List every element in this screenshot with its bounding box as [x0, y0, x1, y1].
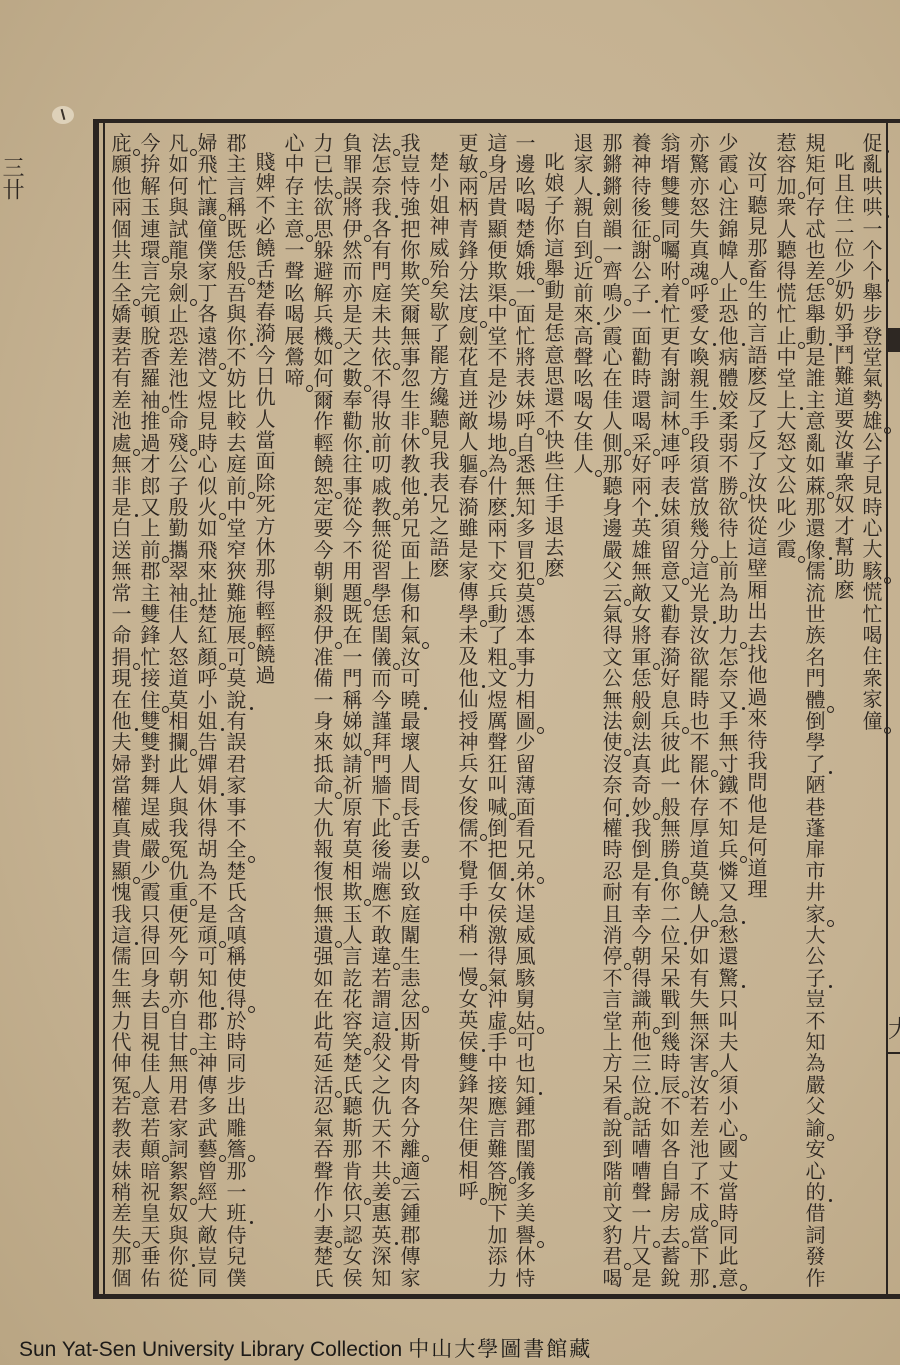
glyph: 主: [803, 390, 829, 411]
glyph: 鏘: [600, 154, 626, 175]
glyph: 恃: [513, 1268, 539, 1289]
glyph: 注: [716, 197, 742, 218]
glyph: 勸: [658, 604, 684, 625]
glyph: 見: [427, 430, 453, 451]
glyph: 也: [513, 1053, 539, 1074]
glyph: 叱: [774, 497, 800, 518]
glyph: 是: [745, 815, 771, 836]
glyph: 文: [485, 668, 511, 689]
glyph: 恚: [398, 968, 424, 989]
glyph: 春: [456, 475, 482, 496]
text-column-1: 促、亂哄哄、一个个、舉步登堂氣勢雄。公子見時心大駭。慌忙喝住衆家僮。: [858, 133, 887, 732]
glyph: 方: [253, 516, 279, 537]
glyph: 從: [369, 540, 395, 561]
glyph: 致: [398, 882, 424, 903]
glyph: 駭: [513, 968, 539, 989]
glyph: 忙: [774, 304, 800, 325]
glyph: 各: [658, 1139, 684, 1160]
glyph: 負: [340, 133, 366, 154]
glyph: 在: [600, 368, 626, 389]
glyph: 兵。: [716, 839, 742, 860]
glyph: 得: [629, 968, 655, 989]
glyph: 嚴: [600, 540, 626, 561]
glyph: 姒。: [340, 732, 366, 753]
glyph: 牆: [369, 775, 395, 796]
glyph: 較: [224, 411, 250, 432]
glyph: 留: [513, 754, 539, 775]
glyph: 是: [803, 347, 829, 368]
glyph: 忙: [860, 604, 886, 625]
glyph: 佳: [600, 390, 626, 411]
glyph: 恐: [166, 326, 192, 347]
glyph: 在: [109, 690, 135, 711]
punct-dot: 、: [597, 193, 600, 196]
glyph: 促、: [860, 133, 886, 154]
glyph: 魂。: [687, 261, 713, 282]
glyph: 去: [224, 433, 250, 454]
glyph: 為: [485, 454, 511, 475]
glyph: 時: [195, 433, 221, 454]
glyph: 何: [166, 176, 192, 197]
glyph: 見: [195, 411, 221, 432]
glyph: 違。: [369, 946, 395, 967]
glyph: 虛。: [485, 1011, 511, 1032]
glyph: 暗: [138, 1161, 164, 1182]
glyph: 汝: [745, 473, 771, 494]
glyph: 上: [398, 561, 424, 582]
glyph: 婢: [253, 173, 279, 194]
glyph: 日: [253, 366, 279, 387]
glyph: 妻。: [311, 1225, 337, 1246]
glyph: 人: [340, 925, 366, 946]
glyph: 體。: [803, 690, 829, 711]
glyph: 子、: [803, 968, 829, 989]
text-column-5: 汝可聽見那畜生的言語麽反了反了汝快從這壁厢出去找他過來待我問他是何道理: [743, 152, 772, 901]
glyph: 邊: [513, 154, 539, 175]
glyph: 無: [600, 690, 626, 711]
glyph: 飛: [195, 154, 221, 175]
glyph: 是、: [629, 861, 655, 882]
glyph: 氏: [224, 882, 250, 903]
glyph: 少: [600, 304, 626, 325]
glyph: 完: [138, 283, 164, 304]
glyph: 父: [803, 1096, 829, 1117]
glyph: 共: [369, 326, 395, 347]
glyph: 待: [629, 176, 655, 197]
punct-dot: 、: [626, 814, 629, 817]
glyph: 犯。: [513, 561, 539, 582]
glyph: 欺: [485, 261, 511, 282]
glyph: 答。: [485, 1161, 511, 1182]
glyph: 宥: [340, 818, 366, 839]
glyph: 二: [832, 216, 858, 237]
glyph: 家。: [803, 904, 829, 925]
glyph: 助: [716, 604, 742, 625]
glyph: 捐。: [109, 647, 135, 668]
glyph: 一: [513, 133, 539, 154]
glyph: 麽: [542, 558, 568, 579]
glyph: 冤。: [109, 1075, 135, 1096]
glyph: 粗。: [485, 647, 511, 668]
glyph: 豈: [803, 989, 829, 1010]
glyph: 絮。: [166, 1182, 192, 1203]
glyph: 場: [485, 411, 511, 432]
glyph: 休: [398, 433, 424, 454]
glyph: 煜: [485, 690, 511, 711]
glyph: 兩: [485, 518, 511, 539]
glyph: 儒: [803, 561, 829, 582]
glyph: 處。: [109, 433, 135, 454]
glyph: 相: [513, 690, 539, 711]
glyph: 恕。: [311, 476, 337, 497]
glyph: 表: [658, 476, 684, 497]
glyph: 本: [513, 625, 539, 646]
glyph: 他: [109, 176, 135, 197]
glyph: 必: [253, 216, 279, 237]
glyph: 韻: [600, 219, 626, 240]
glyph: 袖。: [166, 583, 192, 604]
glyph: 霞: [138, 882, 164, 903]
glyph: 仇: [166, 861, 192, 882]
glyph: 公: [774, 475, 800, 496]
glyph: 從: [166, 1268, 192, 1289]
glyph: 子、: [629, 283, 655, 304]
glyph: 汝: [687, 1075, 713, 1096]
glyph: 快: [745, 494, 771, 515]
glyph: 作: [311, 1182, 337, 1203]
glyph: 倒: [803, 711, 829, 732]
glyph: 不: [369, 1139, 395, 1160]
glyph: 復: [311, 861, 337, 882]
glyph: 忍: [600, 861, 626, 882]
glyph: 僕: [224, 1268, 250, 1289]
glyph: 你、: [166, 1246, 192, 1267]
glyph: 今: [340, 518, 366, 539]
glyph: 學。: [456, 604, 482, 625]
glyph: 多: [195, 1096, 221, 1117]
glyph: 兵: [456, 753, 482, 774]
glyph: 中: [282, 154, 308, 175]
glyph: 云。: [600, 583, 626, 604]
glyph: 亂: [803, 433, 829, 454]
glyph: 還: [716, 946, 742, 967]
glyph: 難: [224, 583, 250, 604]
glyph: 柄: [456, 197, 482, 218]
glyph: 住。: [138, 690, 164, 711]
text-column-11: 退家人、親自到。近前來、高聲吆喝女佳人。: [569, 133, 598, 475]
glyph: 僮。: [860, 711, 886, 732]
glyph: 無: [513, 476, 539, 497]
glyph: 當: [253, 430, 279, 451]
glyph: 殘。: [166, 433, 192, 454]
glyph: 力: [513, 668, 539, 689]
glyph: 身: [311, 711, 337, 732]
glyph: 得: [774, 261, 800, 282]
glyph: 共。: [369, 1161, 395, 1182]
glyph: 上: [716, 540, 742, 561]
glyph: 與: [166, 1225, 192, 1246]
glyph: 學: [803, 732, 829, 753]
glyph: 花: [340, 989, 366, 1010]
glyph: 咐。: [658, 261, 684, 282]
glyph: 房: [658, 1203, 684, 1224]
glyph: 呆: [658, 946, 684, 967]
glyph: 叫: [485, 775, 511, 796]
glyph: 春: [658, 625, 684, 646]
glyph: 他、: [109, 711, 135, 732]
glyph: 可: [224, 647, 250, 668]
glyph: 為: [803, 1053, 829, 1074]
glyph: 矩: [803, 154, 829, 175]
glyph: 居: [485, 176, 511, 197]
glyph: 遠: [195, 326, 221, 347]
glyph: 冤: [166, 839, 192, 860]
glyph: 意。: [282, 219, 308, 240]
glyph: 來: [745, 708, 771, 729]
glyph: 面: [513, 797, 539, 818]
text-column-3: 規矩何存忒也差。恁舉動、是誰主意亂如蔴。那還像、儒流世族名門體。倒學了、陋巷蓬扉…: [801, 133, 830, 1289]
glyph: 前。: [138, 540, 164, 561]
glyph: 不: [716, 797, 742, 818]
glyph: 命。: [311, 775, 337, 796]
glyph: 夫: [109, 732, 135, 753]
glyph: 莫: [340, 839, 366, 860]
glyph: 殷: [166, 497, 192, 518]
glyph: 同: [224, 1053, 250, 1074]
glyph: 氣: [600, 604, 626, 625]
glyph: 適: [398, 1161, 424, 1182]
glyph: 子: [542, 195, 568, 216]
glyph: 霞: [716, 154, 742, 175]
glyph: 准: [311, 647, 337, 668]
glyph: 急、: [716, 904, 742, 925]
glyph: 腕: [485, 1182, 511, 1203]
frame-left-thin-rule: [103, 119, 105, 1299]
glyph: 兄: [513, 839, 539, 860]
glyph: 你: [542, 216, 568, 237]
glyph: 氣: [860, 368, 886, 389]
glyph: 意: [138, 1096, 164, 1117]
glyph: 面: [513, 304, 539, 325]
glyph: 力: [485, 1268, 511, 1289]
glyph: 分。: [687, 540, 713, 561]
glyph: 頓: [138, 304, 164, 325]
glyph: 道: [166, 668, 192, 689]
glyph: 為: [195, 861, 221, 882]
glyph: 身: [138, 968, 164, 989]
punct-dot: 、: [424, 707, 427, 710]
glyph: 敵: [629, 583, 655, 604]
paper-tear-mark: [52, 106, 74, 124]
glyph: 諭。: [803, 1118, 829, 1139]
glyph: 鍾: [513, 1096, 539, 1117]
glyph: 今: [311, 540, 337, 561]
glyph: 依。: [340, 1182, 366, 1203]
glyph: 此: [166, 754, 192, 775]
glyph: 生: [109, 261, 135, 282]
glyph: 動: [542, 280, 568, 301]
glyph: 真: [629, 754, 655, 775]
glyph: 家: [398, 1268, 424, 1289]
punct-dot: 、: [424, 493, 427, 496]
glyph: 笑。: [340, 1032, 366, 1053]
glyph: 怒: [166, 647, 192, 668]
glyph: 彼: [658, 732, 684, 753]
glyph: 今: [166, 946, 192, 967]
glyph: 事: [340, 476, 366, 497]
glyph: 稱: [224, 946, 250, 967]
glyph: 的: [745, 302, 771, 323]
glyph: 更: [456, 133, 482, 154]
glyph: 謂: [369, 989, 395, 1010]
glyph: 事: [513, 647, 539, 668]
glyph: 多: [513, 518, 539, 539]
glyph: 看。: [600, 1096, 626, 1117]
glyph: 倒: [485, 818, 511, 839]
glyph: 罷: [687, 668, 713, 689]
glyph: 雙: [658, 176, 684, 197]
glyph: 加。: [774, 176, 800, 197]
glyph: 近: [571, 261, 597, 282]
glyph: 下: [687, 1246, 713, 1267]
glyph: 族: [803, 625, 829, 646]
glyph: 如: [166, 154, 192, 175]
glyph: 登: [860, 326, 886, 347]
glyph: 詞: [166, 1139, 192, 1160]
glyph: 慌: [860, 582, 886, 603]
glyph: 聽: [774, 240, 800, 261]
glyph: 曉、: [398, 690, 424, 711]
glyph: 呆: [658, 968, 684, 989]
glyph: 顯。: [109, 861, 135, 882]
glyph: 誤: [224, 732, 250, 753]
glyph: 恁: [224, 240, 250, 261]
glyph: 得: [138, 925, 164, 946]
glyph: 既: [224, 219, 250, 240]
glyph: 報: [311, 839, 337, 860]
glyph: 激: [485, 925, 511, 946]
glyph: 發: [803, 1246, 829, 1267]
glyph: 失。: [109, 1225, 135, 1246]
glyph: 如: [311, 347, 337, 368]
glyph: 安: [803, 1139, 829, 1160]
glyph: 知: [513, 497, 539, 518]
glyph: 待: [745, 730, 771, 751]
punct-dot: 、: [482, 1049, 485, 1052]
glyph: 如: [803, 454, 829, 475]
glyph: 婦: [195, 133, 221, 154]
glyph: 雙: [456, 1053, 482, 1074]
glyph: 視: [138, 1032, 164, 1053]
glyph: 下: [485, 1203, 511, 1224]
glyph: 傳: [195, 1075, 221, 1096]
glyph: 展。: [224, 625, 250, 646]
glyph: 耐: [600, 882, 626, 903]
glyph: 施: [224, 604, 250, 625]
glyph: 父: [369, 1053, 395, 1074]
glyph: 去。: [138, 989, 164, 1010]
glyph: 不: [224, 818, 250, 839]
glyph: 知、: [513, 1075, 539, 1096]
glyph: 庭: [369, 283, 395, 304]
glyph: 那: [253, 558, 279, 579]
glyph: 香: [138, 347, 164, 368]
glyph: 武: [195, 1118, 221, 1139]
glyph: 嚴。: [138, 839, 164, 860]
glyph: 遺。: [311, 925, 337, 946]
glyph: 罷: [427, 345, 453, 366]
glyph: 妹: [109, 1161, 135, 1182]
glyph: 豈: [398, 154, 424, 175]
glyph: 止: [716, 283, 742, 304]
glyph: 忙: [195, 176, 221, 197]
glyph: 景、: [687, 604, 713, 625]
glyph: 心。: [716, 1118, 742, 1139]
glyph: 嗔: [224, 925, 250, 946]
glyph: 似: [195, 476, 221, 497]
punct-dot: 、: [192, 1264, 195, 1267]
glyph: 壁: [745, 558, 771, 579]
glyph: 還: [803, 518, 829, 539]
glyph: 前: [369, 433, 395, 454]
glyph: 借: [803, 1203, 829, 1224]
glyph: 無: [716, 732, 742, 753]
glyph: 弱: [716, 433, 742, 454]
glyph: 間: [398, 775, 424, 796]
glyph: 動、: [803, 326, 829, 347]
glyph: 有: [369, 240, 395, 261]
glyph: 仇: [311, 818, 337, 839]
glyph: 麽: [745, 366, 771, 387]
glyph: 生、: [687, 390, 713, 411]
glyph: 對: [138, 754, 164, 775]
glyph: 妻。: [398, 839, 424, 860]
glyph: 儒。: [456, 818, 482, 839]
glyph: 添: [485, 1246, 511, 1267]
glyph: 退: [571, 133, 597, 154]
glyph: 法: [600, 711, 626, 732]
glyph: 勤: [166, 518, 192, 539]
glyph: 全。: [109, 283, 135, 304]
glyph: 雄: [629, 540, 655, 561]
glyph: 不: [687, 732, 713, 753]
glyph: 是、: [109, 497, 135, 518]
glyph: 家: [166, 1118, 192, 1139]
glyph: 中: [456, 903, 482, 924]
glyph: 解: [138, 176, 164, 197]
glyph: 舉: [542, 259, 568, 280]
glyph: 女: [571, 411, 597, 432]
glyph: 容: [340, 1011, 366, 1032]
glyph: 生: [398, 390, 424, 411]
glyph: 吆: [282, 283, 308, 304]
glyph: 手: [687, 411, 713, 432]
glyph: 前: [600, 1182, 626, 1203]
glyph: 上、: [774, 390, 800, 411]
glyph: 人、: [571, 176, 597, 197]
text-column-21: 心中存主意。一聲吆喝展鶯啼。: [280, 133, 309, 390]
glyph: 奈: [716, 668, 742, 689]
glyph: 亦: [340, 283, 366, 304]
glyph: 聲: [311, 1161, 337, 1182]
glyph: 仇: [369, 1096, 395, 1117]
glyph: 欲: [716, 497, 742, 518]
glyph: 文: [774, 454, 800, 475]
glyph: 英、: [369, 1225, 395, 1246]
glyph: 喝: [629, 411, 655, 432]
glyph: 無: [166, 1053, 192, 1074]
glyph: 个、: [629, 497, 655, 518]
